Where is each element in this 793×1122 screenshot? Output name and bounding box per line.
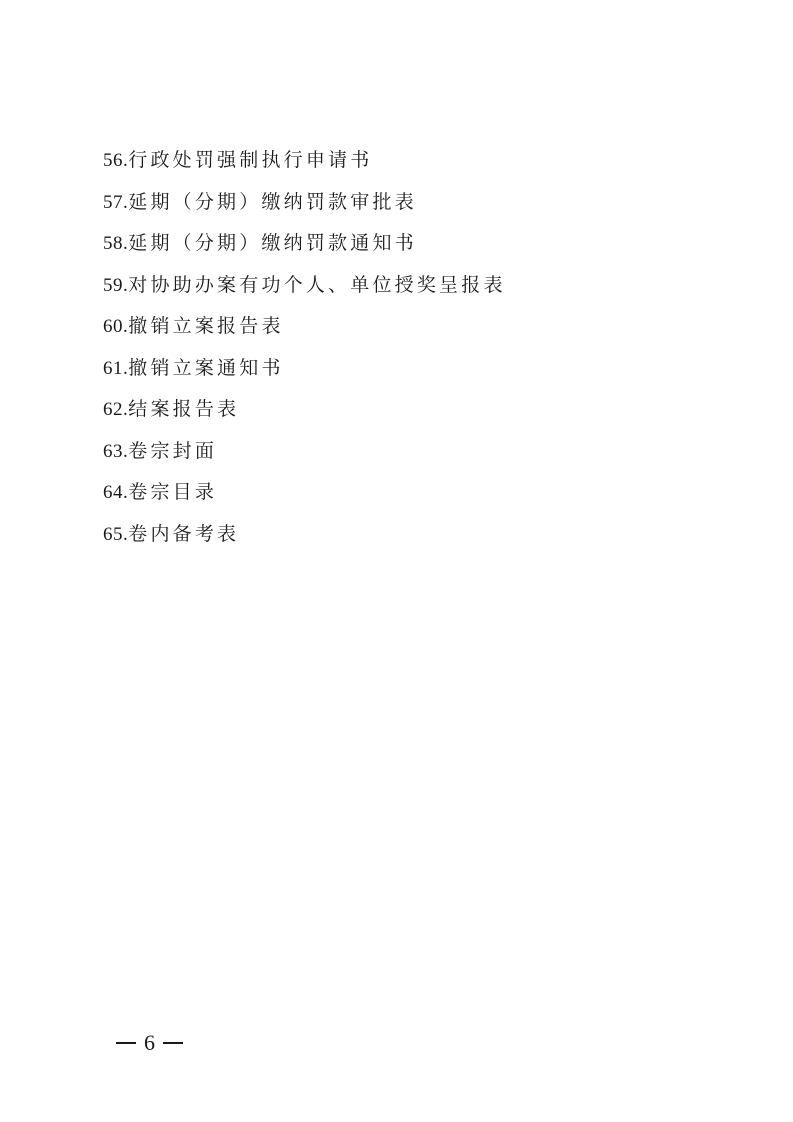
list-item: 57.延期（分期）缴纳罚款审批表 bbox=[103, 187, 506, 229]
item-title: 卷宗封面 bbox=[128, 440, 217, 462]
list-item: 56.行政处罚强制执行申请书 bbox=[103, 145, 506, 187]
document-page: 56.行政处罚强制执行申请书 57.延期（分期）缴纳罚款审批表 58.延期（分期… bbox=[0, 0, 793, 1122]
item-number: 63. bbox=[103, 441, 128, 462]
item-number: 58. bbox=[103, 233, 128, 254]
form-list: 56.行政处罚强制执行申请书 57.延期（分期）缴纳罚款审批表 58.延期（分期… bbox=[103, 145, 506, 560]
list-item: 63.卷宗封面 bbox=[103, 436, 506, 478]
list-item: 59.对协助办案有功个人、单位授奖呈报表 bbox=[103, 270, 506, 312]
dash-left bbox=[116, 1042, 136, 1044]
page-number-footer: 6 bbox=[116, 1030, 183, 1056]
item-title: 撤销立案通知书 bbox=[128, 357, 283, 379]
list-item: 64.卷宗目录 bbox=[103, 477, 506, 519]
item-number: 62. bbox=[103, 399, 128, 420]
item-number: 59. bbox=[103, 275, 128, 296]
list-item: 61.撤销立案通知书 bbox=[103, 353, 506, 395]
item-number: 57. bbox=[103, 192, 128, 213]
item-number: 64. bbox=[103, 482, 128, 503]
item-title: 卷宗目录 bbox=[128, 481, 217, 503]
item-number: 61. bbox=[103, 358, 128, 379]
page-number: 6 bbox=[144, 1030, 155, 1056]
item-title: 结案报告表 bbox=[128, 398, 239, 420]
item-title: 延期（分期）缴纳罚款通知书 bbox=[128, 232, 417, 254]
list-item: 58.延期（分期）缴纳罚款通知书 bbox=[103, 228, 506, 270]
list-item: 62.结案报告表 bbox=[103, 394, 506, 436]
item-number: 60. bbox=[103, 316, 128, 337]
item-title: 对协助办案有功个人、单位授奖呈报表 bbox=[128, 274, 505, 296]
item-number: 65. bbox=[103, 524, 128, 545]
dash-right bbox=[163, 1042, 183, 1044]
list-item: 65.卷内备考表 bbox=[103, 519, 506, 561]
item-title: 撤销立案报告表 bbox=[128, 315, 283, 337]
item-title: 延期（分期）缴纳罚款审批表 bbox=[128, 191, 417, 213]
item-title: 卷内备考表 bbox=[128, 523, 239, 545]
list-item: 60.撤销立案报告表 bbox=[103, 311, 506, 353]
item-number: 56. bbox=[103, 150, 128, 171]
item-title: 行政处罚强制执行申请书 bbox=[128, 149, 372, 171]
